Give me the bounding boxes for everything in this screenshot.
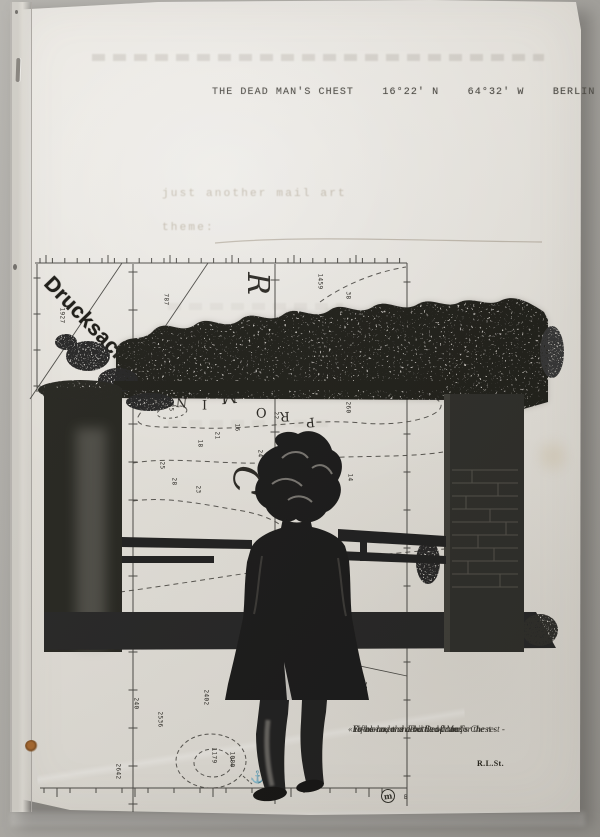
billboard-top-edge [114,381,446,390]
collage-photo [0,0,600,837]
hair [255,431,342,522]
woman-silhouette [225,431,369,803]
quote-line: Yo-ho-ho, and a bottle of rum!» [348,723,467,736]
quote-attribution: R.L.St. [477,759,504,768]
billboard-left-post [38,380,122,652]
brick-pillar [444,394,524,652]
typed-title-line: THE DEAD MAN'S CHEST 16°22' N 64°32' W B… [212,87,595,98]
right-leg [300,700,327,786]
photographed-sheet: just another mail art theme: RCy ENIMORP [0,0,600,837]
